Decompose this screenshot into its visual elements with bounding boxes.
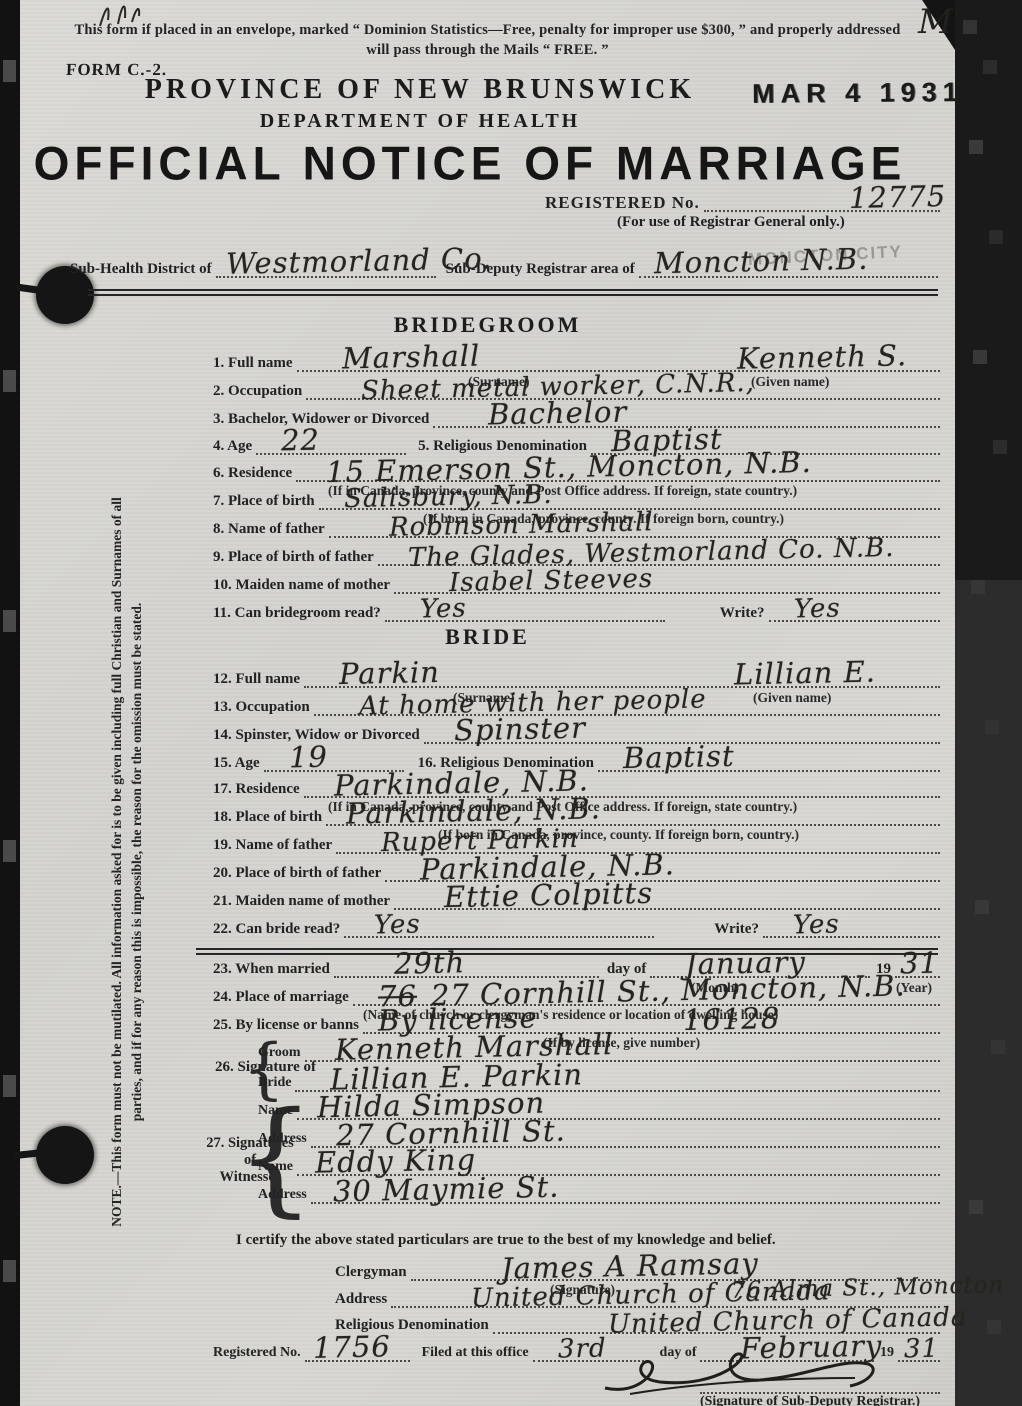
- groom-birthplace-row: 7. Place of birth Salisbury, N.B.: [213, 484, 940, 510]
- bride-fullname-row: 12. Full name Parkin Lillian E.: [213, 662, 940, 688]
- province-title: PROVINCE OF NEW BRUNSWICK: [20, 74, 820, 106]
- registrar-area-line: Moncton N.B.: [639, 250, 938, 278]
- groom-status-row: 3. Bachelor, Widower or Divorced Bachelo…: [213, 402, 940, 428]
- field-line: 1756: [305, 1334, 410, 1362]
- field-label: 4. Age: [213, 437, 256, 455]
- registrar-only-note: (For use of Registrar General only.): [617, 214, 845, 231]
- groom-mother: Isabel Steeves: [449, 564, 654, 598]
- bride-can-read: Yes: [374, 910, 421, 941]
- field-line: Parkindale, N.B.: [385, 854, 940, 882]
- groom-status: Bachelor: [488, 395, 628, 432]
- groom-mother-row: 10. Maiden name of mother Isabel Steeves: [213, 568, 940, 594]
- field-label: 7. Place of birth: [213, 492, 319, 510]
- field-line: 29th: [334, 950, 599, 978]
- field-label: 20. Place of birth of father: [213, 864, 385, 882]
- field-line: James A Ramsay 76 Alma St., Moncton: [411, 1253, 940, 1281]
- scan-edge-noise: [0, 0, 20, 1406]
- witness-name-label: Name: [258, 1102, 297, 1120]
- field-label: 22. Can bride read?: [213, 920, 344, 938]
- filed-label: Filed at this office: [410, 1344, 533, 1362]
- side-note: NOTE.—This form must not be mutilated. A…: [107, 482, 147, 1242]
- groom-age: 22: [281, 423, 321, 458]
- field-label: 17. Residence: [213, 780, 304, 798]
- groom-read-write-row: 11. Can bridegroom read? Yes Write? Yes: [213, 596, 940, 622]
- field-label: 9. Place of birth of father: [213, 548, 378, 566]
- groom-can-read: Yes: [419, 594, 466, 625]
- field-line: Ettie Colpitts: [394, 882, 940, 910]
- field-label: 24. Place of marriage: [213, 988, 353, 1006]
- groom-sig-label: Groom: [258, 1044, 305, 1062]
- department-title: DEPARTMENT OF HEALTH: [20, 110, 820, 133]
- bride-mother-row: 21. Maiden name of mother Ettie Colpitts: [213, 884, 940, 910]
- bridegroom-heading: BRIDEGROOM: [20, 312, 955, 338]
- groom-given-name: Kenneth S.: [736, 338, 907, 376]
- field-label: 11. Can bridegroom read?: [213, 604, 385, 622]
- field-line: Eddy King: [297, 1148, 940, 1176]
- district-row: Sub-Health District of Westmorland Co. S…: [70, 252, 938, 278]
- witness2-name-row: Name Eddy King: [258, 1150, 940, 1176]
- field-label: 15. Age: [213, 754, 264, 772]
- field-label: 18. Place of birth: [213, 808, 326, 826]
- field-line: Parkindale, N.B.: [326, 798, 940, 826]
- header-divider-rule: [88, 289, 938, 296]
- witness-address-label: Address: [258, 1130, 311, 1148]
- clergyman-label: Clergyman: [335, 1263, 411, 1281]
- registered-no-value: 12775: [848, 179, 946, 215]
- bride-heading: BRIDE: [20, 624, 955, 650]
- field-line: 30 Maymie St.: [311, 1176, 940, 1204]
- groom-can-write: Yes: [793, 594, 840, 625]
- scan-edge-right: [955, 0, 1022, 1406]
- registered-no-line: 12775: [704, 184, 940, 212]
- place-of-marriage-row: 24. Place of marriage 7627 Cornhill St.,…: [213, 980, 940, 1006]
- field-line: The Glades, Westmorland Co. N.B.: [378, 538, 940, 566]
- field-label: 13. Occupation: [213, 698, 314, 716]
- field-line: Hilda Simpson: [297, 1092, 940, 1120]
- district-label: Sub-Health District of: [70, 260, 216, 278]
- bride-can-write: Yes: [793, 910, 840, 941]
- document-title: OFFICIAL NOTICE OF MARRIAGE: [30, 135, 910, 190]
- registrar-signature-note: (Signature of Sub-Deputy Registrar.): [640, 1394, 980, 1406]
- field-line: Baptist: [598, 744, 940, 772]
- field-line: [700, 1366, 940, 1394]
- received-date-stamp: MAR 4 1931: [752, 77, 964, 110]
- field-label: 6. Residence: [213, 464, 296, 482]
- bride-status: Spinster: [453, 711, 586, 748]
- district-line: Westmorland Co.: [216, 250, 436, 278]
- witness2-address-row: Address 30 Maymie St.: [258, 1178, 940, 1204]
- side-note-line1: NOTE.—This form must not be mutilated. A…: [109, 497, 124, 1227]
- field-line: Yes: [385, 594, 665, 622]
- registrar-area-value: Moncton N.B.: [653, 242, 868, 280]
- field-label: 12. Full name: [213, 670, 304, 688]
- field-line: 15 Emerson St., Moncton, N.B.: [296, 454, 940, 482]
- field-label: Write?: [654, 920, 763, 938]
- scanned-document: M This form if placed in an envelope, ma…: [0, 0, 1022, 1406]
- address-label: Address: [335, 1290, 391, 1308]
- field-line: Isabel Steeves: [394, 566, 940, 594]
- groom-signature-row: Groom Kenneth Marshall: [258, 1036, 940, 1062]
- clergyman-row: Clergyman James A Ramsay 76 Alma St., Mo…: [335, 1255, 940, 1281]
- field-line: Yes: [344, 910, 654, 938]
- registrar-signature-line-row: [700, 1368, 940, 1394]
- bride-read-write-row: 22. Can bride read? Yes Write? Yes: [213, 912, 940, 938]
- field-line: 31: [898, 1334, 940, 1362]
- witness2-address: 30 Maymie St.: [332, 1170, 559, 1209]
- field-label: 3. Bachelor, Widower or Divorced: [213, 410, 433, 428]
- footer-registered-value: 1756: [312, 1329, 391, 1365]
- bride-signature-row: Bride Lillian E. Parkin: [258, 1066, 940, 1092]
- mail-notice-line2: will pass through the Mails “ FREE. ”: [40, 42, 935, 59]
- bride-mother: Ettie Colpitts: [444, 876, 654, 914]
- field-line: Marshall Kenneth S.: [297, 344, 940, 372]
- field-label: 8. Name of father: [213, 520, 329, 538]
- witness1-name-row: Name Hilda Simpson: [258, 1094, 940, 1120]
- footer-registered-label: Registered No.: [213, 1344, 305, 1362]
- groom-residence-row: 6. Residence 15 Emerson St., Moncton, N.…: [213, 456, 940, 482]
- registered-no-label: REGISTERED No.: [545, 194, 704, 212]
- field-label: 2. Occupation: [213, 382, 306, 400]
- witness-address-label: Address: [258, 1186, 311, 1204]
- side-note-line2: parties, and if for any reason this is i…: [129, 603, 144, 1121]
- district-value: Westmorland Co.: [225, 241, 492, 281]
- field-label: 1. Full name: [213, 354, 297, 372]
- filed-year: 31: [904, 1334, 940, 1365]
- marriage-day: 29th: [393, 945, 465, 980]
- registered-no-row: REGISTERED No. 12775: [545, 186, 940, 212]
- license-number: 16128: [683, 1001, 781, 1037]
- field-line: Yes: [769, 594, 940, 622]
- field-label: 23. When married: [213, 960, 334, 978]
- bride-birthplace-row: 18. Place of birth Parkindale, N.B.: [213, 800, 940, 826]
- bride-given-name: Lillian E.: [734, 655, 877, 692]
- groom-father-birthplace-row: 9. Place of birth of father The Glades, …: [213, 540, 940, 566]
- field-line: Yes: [763, 910, 940, 938]
- witness-name-label: Name: [258, 1158, 297, 1176]
- field-line: Salisbury, N.B.: [319, 482, 940, 510]
- field-label: 10. Maiden name of mother: [213, 576, 394, 594]
- field-label: 19. Name of father: [213, 836, 336, 854]
- field-label: 21. Maiden name of mother: [213, 892, 394, 910]
- field-line: Kenneth Marshall: [305, 1034, 940, 1062]
- field-line: At home with her people: [314, 688, 940, 716]
- field-label: Write?: [665, 604, 769, 622]
- field-line: 22: [256, 427, 406, 455]
- field-line: Parkindale, N.B.: [304, 770, 940, 798]
- groom-surname: Marshall: [341, 339, 480, 376]
- field-line: Parkin Lillian E.: [304, 660, 940, 688]
- mail-notice-line1: This form if placed in an envelope, mark…: [40, 22, 935, 39]
- bride-surname: Parkin: [339, 655, 441, 691]
- certify-statement: I certify the above stated particulars a…: [236, 1232, 776, 1249]
- groom-fullname-row: 1. Full name Marshall Kenneth S.: [213, 346, 940, 372]
- field-label: 25. By license or banns: [213, 1016, 363, 1034]
